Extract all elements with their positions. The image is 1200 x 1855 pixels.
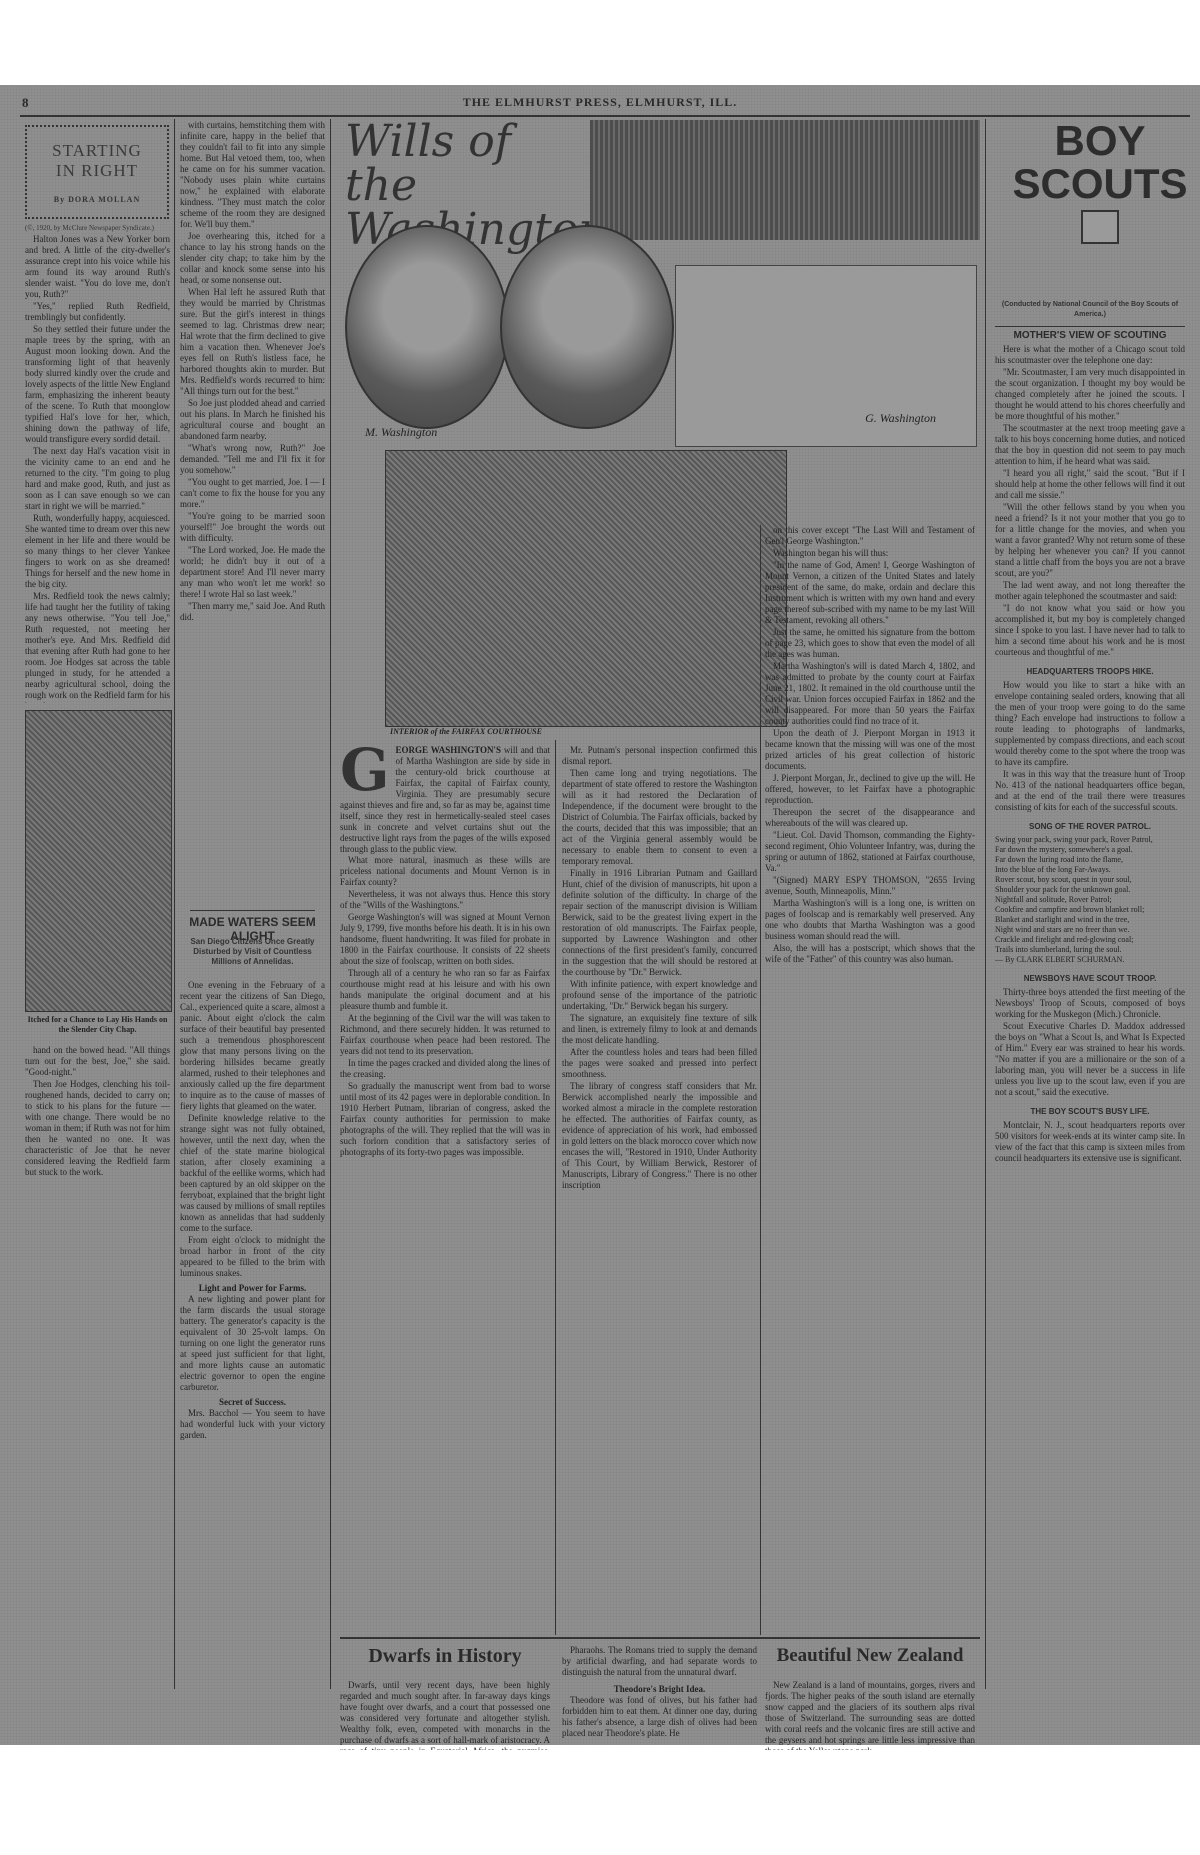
paragraph: Through all of a century he who ran so f… <box>340 968 550 1012</box>
wills-column-3: on this cover except "The Last Will and … <box>765 525 975 1635</box>
story-title-line1: STARTING <box>27 141 167 161</box>
new-zealand-headline: Beautiful New Zealand <box>765 1645 975 1667</box>
paragraph: "Lieut. Col. David Thomson, commanding t… <box>765 830 975 874</box>
poem-line: Far down the luring road into the flame, <box>995 855 1185 865</box>
poem: Swing your pack, swing your pack, Rover … <box>995 835 1185 965</box>
wills-column-1: G EORGE WASHINGTON'S will and that of Ma… <box>340 745 550 1635</box>
illustration-caption: Itched for a Chance to Lay His Hands on … <box>25 1015 170 1035</box>
paragraph: Pharaohs. The Romans tried to supply the… <box>562 1645 757 1678</box>
paragraph: J. Pierpont Morgan, Jr., declined to giv… <box>765 773 975 806</box>
paragraph: Halton Jones was a New Yorker born and b… <box>25 234 170 300</box>
section-title: MOTHER'S VIEW OF SCOUTING <box>995 326 1185 341</box>
lead-in: EORGE WASHINGTON'S <box>396 745 502 755</box>
poem-line: Into the blue of the long Far-Aways. <box>995 865 1185 875</box>
paragraph: Then Joe Hodges, clenching his toil-roug… <box>25 1079 170 1178</box>
paragraph: Just the same, he omitted his signature … <box>765 627 975 660</box>
paragraph: At the beginning of the Civil war the wi… <box>340 1013 550 1057</box>
poem-line: Nightfall and solitude, Rover Patrol; <box>995 895 1185 905</box>
section-rule <box>340 1637 980 1639</box>
paragraph: Thereupon the secret of the disappearanc… <box>765 807 975 829</box>
poem-line: Far down the mystery, somewhere's a goal… <box>995 845 1185 855</box>
paragraph: Also, the will has a postscript, which s… <box>765 943 975 965</box>
paragraph: How would you like to start a hike with … <box>995 680 1185 768</box>
paragraph: One evening in the February of a recent … <box>180 980 325 1112</box>
paragraph: With infinite patience, with expert know… <box>562 979 757 1012</box>
george-washington-portrait <box>500 225 674 429</box>
paragraph: New Zealand is a land of mountains, gorg… <box>765 1680 975 1750</box>
poem-line: Shoulder your pack for the unknown goal. <box>995 885 1185 895</box>
paragraph: on this cover except "The Last Will and … <box>765 525 975 547</box>
story-column-2: with curtains, hemstitching them with in… <box>180 120 325 920</box>
paragraph: Mrs. Redfield took the news calmly; life… <box>25 591 170 703</box>
new-zealand-body: New Zealand is a land of mountains, gorg… <box>765 1680 975 1750</box>
mount-vernon-illustration <box>590 120 980 240</box>
scout-emblem-icon <box>1081 210 1119 244</box>
subsection-title: Light and Power for Farms. <box>180 1283 325 1294</box>
paragraph: Montclair, N. J., scout headquarters rep… <box>995 1120 1185 1164</box>
paragraph: "I heard you all right," said the scout.… <box>995 468 1185 501</box>
section-rule <box>190 910 315 911</box>
paragraph: "Then marry me," said Joe. And Ruth did. <box>180 601 325 623</box>
paragraph: with curtains, hemstitching them with in… <box>180 120 325 230</box>
paragraph: So Joe just plodded ahead and carried ou… <box>180 398 325 442</box>
paragraph: The lad went away, and not long thereaft… <box>995 580 1185 602</box>
masthead: 8 THE ELMHURST PRESS, ELMHURST, ILL. <box>0 85 1200 115</box>
dwarfs-headline: Dwarfs in History <box>340 1645 550 1668</box>
courthouse-interior-photo <box>385 450 787 727</box>
martha-washington-portrait <box>345 225 509 429</box>
paragraph: Washington began his will thus: <box>765 548 975 559</box>
paragraph: "I do not know what you said or how you … <box>995 603 1185 658</box>
story-title-line2: IN RIGHT <box>27 161 167 181</box>
poem-line: Crackle and firelight and red-glowing co… <box>995 935 1185 945</box>
copyright-line: (©, 1920, by McClure Newspaper Syndicate… <box>25 223 170 234</box>
paragraph: So gradually the manuscript went from ba… <box>340 1081 550 1158</box>
paragraph: "Yes," replied Ruth Redfield, tremblingl… <box>25 301 170 323</box>
paragraph: Martha Washington's will is dated March … <box>765 661 975 727</box>
paragraph: Dwarfs, until very recent days, have bee… <box>340 1680 550 1750</box>
subsection-title: Secret of Success. <box>180 1397 325 1408</box>
paragraph: "In the name of God, Amen! I, George Was… <box>765 560 975 626</box>
column-divider <box>330 119 331 1689</box>
subsection-title: Theodore's Bright Idea. <box>562 1684 757 1695</box>
poem-line: Trails into slumberland, luring the soul… <box>995 945 1185 955</box>
section-title: NEWSBOYS HAVE SCOUT TROOP. <box>995 973 1185 984</box>
paragraph: Here is what the mother of a Chicago sco… <box>995 344 1185 366</box>
photo-caption: INTERIOR of the FAIRFAX COURTHOUSE <box>390 727 760 737</box>
column-divider <box>555 740 556 1635</box>
newspaper-page: 8 THE ELMHURST PRESS, ELMHURST, ILL. STA… <box>0 85 1200 1745</box>
paragraph: A new lighting and power plant for the f… <box>180 1294 325 1393</box>
paragraph: "What's wrong now, Ruth?" Joe demanded. … <box>180 443 325 476</box>
paragraph: The signature, an exquisitely fine textu… <box>562 1013 757 1046</box>
poem-line: Cookfire and campfire and brown blanket … <box>995 905 1185 915</box>
paragraph: Finally in 1916 Librarian Putnam and Gai… <box>562 868 757 978</box>
made-waters-body: One evening in the February of a recent … <box>180 980 325 1670</box>
scouts-title-line1: BOY <box>1010 120 1190 162</box>
section-title: THE BOY SCOUT'S BUSY LIFE. <box>995 1106 1185 1117</box>
paragraph: The next day Hal's vacation visit in the… <box>25 446 170 512</box>
paragraph: Then came long and trying negotiations. … <box>562 768 757 867</box>
paragraph: From eight o'clock to midnight the broad… <box>180 1235 325 1279</box>
newspaper-title: THE ELMHURST PRESS, ELMHURST, ILL. <box>0 95 1200 110</box>
poem-line: Swing your pack, swing your pack, Rover … <box>995 835 1185 845</box>
paragraph: Mrs. Bacchol — You seem to have had wond… <box>180 1408 325 1441</box>
paragraph: The library of congress staff considers … <box>562 1081 757 1191</box>
boy-scouts-masthead: BOY SCOUTS <box>1010 120 1190 244</box>
paragraph: It was in this way that the treasure hun… <box>995 769 1185 813</box>
paragraph: Joe overhearing this, itched for a chanc… <box>180 231 325 286</box>
boy-scouts-column: (Conducted by National Council of the Bo… <box>995 300 1185 1680</box>
george-signature: G. Washington <box>865 411 936 426</box>
paragraph: Thirty-three boys attended the first mee… <box>995 987 1185 1020</box>
paragraph: When Hal left he assured Ruth that they … <box>180 287 325 397</box>
paragraph: Scout Executive Charles D. Maddox addres… <box>995 1021 1185 1098</box>
paragraph: hand on the bowed head. "All things turn… <box>25 1045 170 1078</box>
paragraph: "The Lord worked, Joe. He made the world… <box>180 545 325 600</box>
drop-cap: G <box>340 745 390 795</box>
story-byline: By DORA MOLLAN <box>27 195 167 204</box>
story-headline-box: STARTING IN RIGHT By DORA MOLLAN <box>25 125 169 219</box>
paragraph: In time the pages cracked and divided al… <box>340 1058 550 1080</box>
story-column-1-continued: hand on the bowed head. "All things turn… <box>25 1045 170 1675</box>
poem-author: — By CLARK ELBERT SCHURMAN. <box>995 955 1185 965</box>
paragraph: Ruth, wonderfully happy, acquiesced. She… <box>25 513 170 590</box>
section-title: SONG OF THE ROVER PATROL. <box>995 821 1185 832</box>
poem-line: Rover scout, boy scout, quest in your so… <box>995 875 1185 885</box>
paragraph: "Mr. Scoutmaster, I am very much disappo… <box>995 367 1185 422</box>
farm-couple-illustration <box>25 710 172 1012</box>
paragraph: George Washington's will was signed at M… <box>340 912 550 967</box>
paragraph: Martha Washington's will is a long one, … <box>765 898 975 942</box>
wills-column-2: Mr. Putnam's personal inspection confirm… <box>562 745 757 1635</box>
story-column-1: (©, 1920, by McClure Newspaper Syndicate… <box>25 223 170 703</box>
paragraph: "You're going to be married soon yoursel… <box>180 511 325 544</box>
paragraph: Mr. Putnam's personal inspection confirm… <box>562 745 757 767</box>
paragraph: Theodore was fond of olives, but his fat… <box>562 1695 757 1739</box>
made-waters-subhead: San Diego Citizens Once Greatly Disturbe… <box>182 937 323 967</box>
poem-line: Blanket and starlight and wind in the tr… <box>995 915 1185 925</box>
poem-line: Night wind and stars are no freer than w… <box>995 925 1185 935</box>
column-divider <box>985 119 986 1689</box>
paragraph: So they settled their future under the m… <box>25 324 170 445</box>
paragraph: Upon the death of J. Pierpont Morgan in … <box>765 728 975 772</box>
column-divider <box>174 119 175 1689</box>
paragraph: What more natural, inasmuch as these wil… <box>340 855 550 888</box>
martha-signature: M. Washington <box>365 425 437 440</box>
wills-title-line1: Wills of the <box>345 120 595 208</box>
column-divider <box>760 525 761 1635</box>
dwarfs-body-continued: Pharaohs. The Romans tried to supply the… <box>562 1645 757 1750</box>
dwarfs-body: Dwarfs, until very recent days, have bee… <box>340 1680 550 1750</box>
paragraph: After the countless holes and tears had … <box>562 1047 757 1080</box>
paragraph: Definite knowledge relative to the stran… <box>180 1113 325 1234</box>
masthead-rule <box>20 115 1190 117</box>
paragraph: "You ought to get married, Joe. I — I ca… <box>180 477 325 510</box>
scouts-credit: (Conducted by National Council of the Bo… <box>995 300 1185 320</box>
paragraph: The scoutmaster at the next troop meetin… <box>995 423 1185 467</box>
paragraph: "(Signed) MARY ESPY THOMSON, "2655 Irvin… <box>765 875 975 897</box>
scouts-title-line2: SCOUTS <box>1010 162 1190 206</box>
section-title: HEADQUARTERS TROOPS HIKE. <box>995 666 1185 677</box>
will-manuscript-image: G. Washington <box>675 265 977 447</box>
paragraph: "Will the other fellows stand by you whe… <box>995 502 1185 579</box>
paragraph: Nevertheless, it was not always thus. He… <box>340 889 550 911</box>
